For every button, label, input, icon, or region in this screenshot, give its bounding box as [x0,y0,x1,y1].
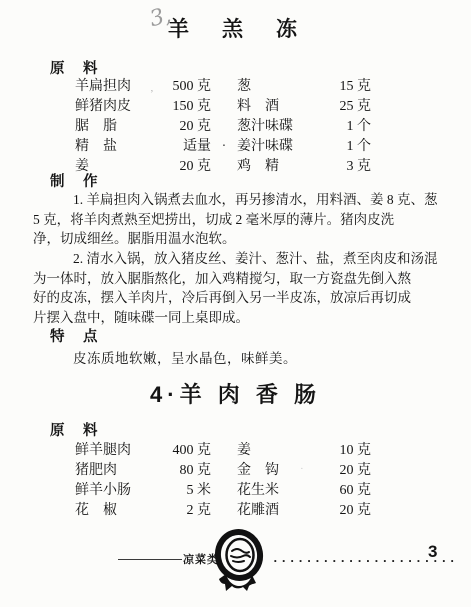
method-step-1: 1. 羊扁担肉入锅煮去血水，再另掺清水，用料酒、姜 8 克、葱 5 克，将羊肉煮… [33,190,443,249]
ingredient-name: 鲜羊小肠 [75,481,145,501]
ingredient-amount: 1 个 [315,117,371,137]
ingredient-name: 花生米 [237,481,315,501]
ingredient-name: 花 椒 [75,501,145,521]
ingredient-row: 鲜羊腿肉 400 克 姜 10 克 [75,441,455,461]
ingredient-name: 鸡 精 [237,157,315,177]
ingredient-amount: 80 克 [145,461,211,481]
separator-dot [211,97,237,117]
ingredient-amount: 10 克 [315,441,371,461]
ingredient-amount: 15 克 [315,77,371,97]
separator-dot [211,441,237,461]
ingredients-table-2: 鲜羊腿肉 400 克 姜 10 克 猪肥肉 80 克 金 钩 20 克 鲜羊小肠… [75,441,455,521]
ingredient-name: 腒 脂 [75,117,145,137]
ingredient-row: 羊扁担肉 500 克 葱 15 克 [75,77,455,97]
ingredient-row: 鲜羊小肠 5 米 花生米 60 克 [75,481,455,501]
print-speck: · [300,463,304,475]
separator-dot [211,117,237,137]
ingredient-name: 精 盐 [75,137,145,157]
ingredient-amount: 20 克 [315,461,371,481]
ingredient-row: 腒 脂 20 克 葱汁味碟 1 个 [75,117,455,137]
ingredient-name: 鲜羊腿肉 [75,441,145,461]
ingredient-amount: 500 克 [145,77,211,97]
ingredient-amount: 3 克 [315,157,371,177]
separator-dot [211,77,237,97]
ingredient-row: 姜 20 克 鸡 精 3 克 [75,157,455,177]
print-speck: ʼ [150,88,154,100]
footer-rule [118,559,182,560]
ingredient-name: 姜汁味碟 [237,137,315,157]
ingredients-table-1: 羊扁担肉 500 克 葱 15 克 鲜猪肉皮 150 克 料 酒 25 克 腒 … [75,77,455,177]
ingredient-row: 精 盐 适量 · 姜汁味碟 1 个 [75,137,455,157]
ingredient-row: 鲜猪肉皮 150 克 料 酒 25 克 [75,97,455,117]
ingredient-row: 花 椒 2 克 花雕酒 20 克 [75,501,455,521]
ingredient-amount: 20 克 [145,117,211,137]
ingredient-name: 鲜猪肉皮 [75,97,145,117]
ingredient-amount: 2 克 [145,501,211,521]
separator-dot [211,157,237,177]
recipe2-title: 4·羊 肉 香 肠 [0,378,471,409]
ink-pot-stamp-icon [211,529,267,593]
recipe1-title: 羊 羔 冻 [0,13,471,43]
page-footer: 凉菜类 ...................... 3 [0,528,471,603]
separator-dot [211,461,237,481]
ingredient-name: 姜 [237,441,315,461]
ingredient-amount: 400 克 [145,441,211,461]
cookbook-page: 3, 羊 羔 冻 原 料 羊扁担肉 500 克 葱 15 克 鲜猪肉皮 150 … [0,0,471,607]
feature-text: 皮冻质地软嫩，呈水晶色，味鲜美。 [73,347,297,367]
ingredient-name: 葱 [237,77,315,97]
page-number: 3 [428,542,437,562]
method-step-2: 2. 清水入锅，放入猪皮丝、姜汁、葱汁、盐，煮至肉皮和汤混 为一体时，放入腒脂熬… [33,249,443,327]
ingredient-amount: 20 克 [315,501,371,521]
ingredient-amount: 150 克 [145,97,211,117]
ingredients-heading-1: 原 料 [50,57,100,78]
ingredient-amount: 5 米 [145,481,211,501]
separator-dot: · [211,137,237,157]
ingredient-row: 猪肥肉 80 克 金 钩 20 克 [75,461,455,481]
feature-heading: 特 点 [50,325,100,346]
separator-dot [211,501,237,521]
ingredient-name: 猪肥肉 [75,461,145,481]
ingredients-heading-2: 原 料 [50,419,100,440]
ingredient-amount: 20 克 [145,157,211,177]
ingredient-name: 花雕酒 [237,501,315,521]
ingredient-name: 羊扁担肉 [75,77,145,97]
ingredient-amount: 适量 [145,137,211,157]
ingredient-amount: 60 克 [315,481,371,501]
method-heading: 制 作 [50,170,100,191]
ingredient-name: 料 酒 [237,97,315,117]
separator-dot [211,481,237,501]
ingredient-name: 葱汁味碟 [237,117,315,137]
ingredient-amount: 25 克 [315,97,371,117]
ingredient-amount: 1 个 [315,137,371,157]
